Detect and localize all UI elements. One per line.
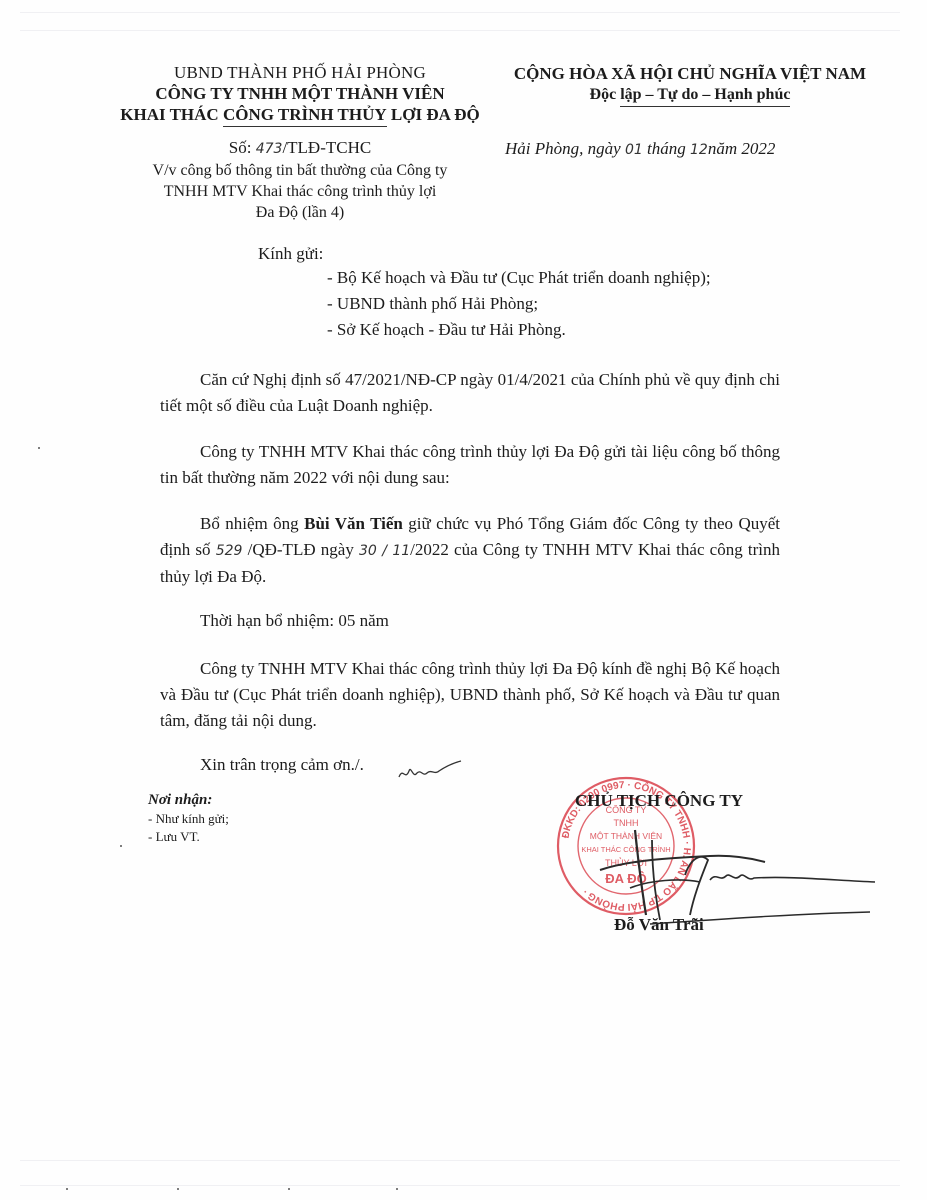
recipient-item: - Sở Kế hoạch - Đầu tư Hải Phòng.	[327, 317, 711, 343]
chairman-signature-icon	[590, 820, 880, 930]
date-line: Hải Phòng, ngày 01 tháng 12năm 2022	[505, 139, 775, 159]
signatory-title: CHỦ TỊCH CÔNG TY	[575, 791, 743, 811]
recipient-item: - Bộ Kế hoạch và Đầu tư (Cục Phát triển …	[327, 265, 711, 291]
issuing-authority: UBND THÀNH PHỐ HẢI PHÒNG	[100, 63, 500, 83]
document-number-prefix: Số:	[229, 138, 256, 157]
body-paragraph-appointment: Bổ nhiệm ông Bùi Văn Tiến giữ chức vụ Ph…	[160, 511, 780, 590]
issuer-header: UBND THÀNH PHỐ HẢI PHÒNG CÔNG TY TNHH MỘ…	[100, 63, 500, 127]
document-number-suffix: /TLĐ-TCHC	[282, 138, 371, 157]
body-paragraph-intro: Công ty TNHH MTV Khai thác công trình th…	[160, 439, 780, 491]
company-name-line2: KHAI THÁC CÔNG TRÌNH THỦY LỢI ĐA ĐỘ	[100, 104, 500, 127]
date-place: Hải Phòng, ngày	[505, 139, 625, 158]
recipient-item: - UBND thành phố Hải Phòng;	[327, 291, 711, 317]
document-reference: Số: 473/TLĐ-TCHC V/v công bố thông tin b…	[100, 137, 500, 223]
company-name-prefix: KHAI THÁC	[120, 105, 223, 124]
national-header: CỘNG HÒA XÃ HỘI CHỦ NGHĨA VIỆT NAM Độc l…	[480, 63, 900, 107]
decision-month: 11	[392, 543, 410, 559]
document-page: UBND THÀNH PHỐ HẢI PHÒNG CÔNG TY TNHH MỘ…	[0, 0, 927, 1200]
distribution-item: - Lưu VT.	[148, 828, 229, 846]
subject-line-1: V/v công bố thông tin bất thường của Côn…	[100, 160, 500, 181]
body-paragraph-legal-basis: Căn cứ Nghị định số 47/2021/NĐ-CP ngày 0…	[160, 367, 780, 419]
date-month-label: tháng	[643, 139, 690, 158]
decision-number: 529	[216, 543, 243, 559]
body-paragraph-term: Thời hạn bổ nhiệm: 05 năm	[160, 608, 780, 634]
national-motto: Độc lập – Tự do – Hạnh phúc	[480, 84, 900, 107]
national-title: CỘNG HÒA XÃ HỘI CHỦ NGHĨA VIỆT NAM	[480, 63, 900, 84]
company-name-line1: CÔNG TY TNHH MỘT THÀNH VIÊN	[100, 83, 500, 104]
distribution-list: Nơi nhận: - Như kính gửi; - Lưu VT.	[148, 790, 229, 846]
date-year: năm 2022	[708, 139, 776, 158]
document-number-handwritten: 473	[256, 141, 283, 157]
initials-signature-icon	[395, 755, 465, 785]
decision-date-separator: /	[377, 543, 392, 559]
motto-prefix: Độc	[590, 86, 621, 103]
motto-underlined: lập – Tự do – Hạnh phúc	[620, 84, 790, 107]
recipient-list: - Bộ Kế hoạch và Đầu tư (Cục Phát triển …	[327, 265, 711, 343]
subject-line-2: TNHH MTV Khai thác công trình thủy lợi	[100, 181, 500, 202]
body-paragraph-request: Công ty TNHH MTV Khai thác công trình th…	[160, 656, 780, 734]
document-number: Số: 473/TLĐ-TCHC	[100, 137, 500, 160]
appointment-text: Bổ nhiệm ông	[200, 514, 304, 533]
decision-day: 30	[359, 543, 377, 559]
distribution-item: - Như kính gửi;	[148, 810, 229, 828]
date-month: 12	[690, 142, 708, 158]
company-name-underlined: CÔNG TRÌNH THỦY	[223, 104, 387, 127]
decision-suffix: /QĐ-TLĐ ngày	[242, 540, 359, 559]
appointee-name: Bùi Văn Tiến	[304, 514, 403, 533]
subject-line-3: Đa Độ (lần 4)	[100, 202, 500, 223]
salutation: Kính gửi:	[258, 241, 323, 267]
company-name-suffix: LỢI ĐA ĐỘ	[387, 105, 480, 124]
distribution-title: Nơi nhận:	[148, 790, 229, 810]
date-day: 01	[625, 142, 643, 158]
